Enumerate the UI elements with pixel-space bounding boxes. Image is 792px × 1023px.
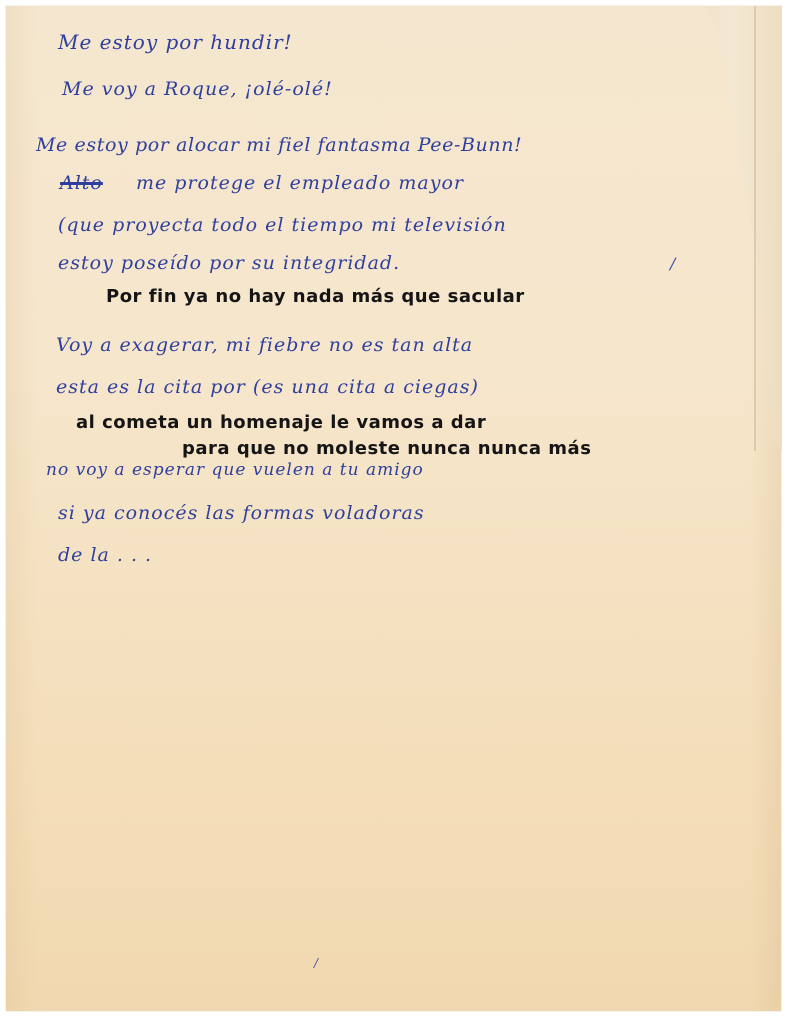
fold-crease xyxy=(754,6,756,451)
text-line-6: estoy poseído por su integridad. xyxy=(58,252,400,274)
text-line-8: Voy a exagerar, mi fiebre no es tan alta xyxy=(56,334,473,356)
text-line-13: si ya conocés las formas voladoras xyxy=(58,502,425,524)
struck-out-word: Alto xyxy=(60,172,103,194)
text-line-14: de la . . . xyxy=(58,544,152,566)
text-line-10-black-insert: al cometa un homenaje le vamos a dar xyxy=(76,412,486,433)
text-line-2: Me voy a Roque, ¡olé-olé! xyxy=(62,78,333,100)
text-line-12: no voy a esperar que vuelen a tu amigo xyxy=(46,460,424,480)
text-line-4: me protege el empleado mayor xyxy=(136,172,464,194)
text-line-11-black-insert: para que no moleste nunca nunca más xyxy=(182,438,591,459)
text-line-3: Me estoy por alocar mi fiel fantasma Pee… xyxy=(36,134,522,156)
stray-pen-mark-bottom: / xyxy=(314,956,318,970)
handwritten-page: Me estoy por hundir! Me voy a Roque, ¡ol… xyxy=(6,6,781,1011)
text-line-7-black-insert: Por fin ya no hay nada más que sacular xyxy=(106,286,525,307)
stray-pen-mark: / xyxy=(670,254,675,273)
text-line-5: (que proyecta todo el tiempo mi televisi… xyxy=(58,214,507,236)
text-line-1: Me estoy por hundir! xyxy=(58,30,293,54)
text-line-9: esta es la cita por (es una cita a ciega… xyxy=(56,376,479,398)
folded-paper-strip xyxy=(706,6,782,451)
